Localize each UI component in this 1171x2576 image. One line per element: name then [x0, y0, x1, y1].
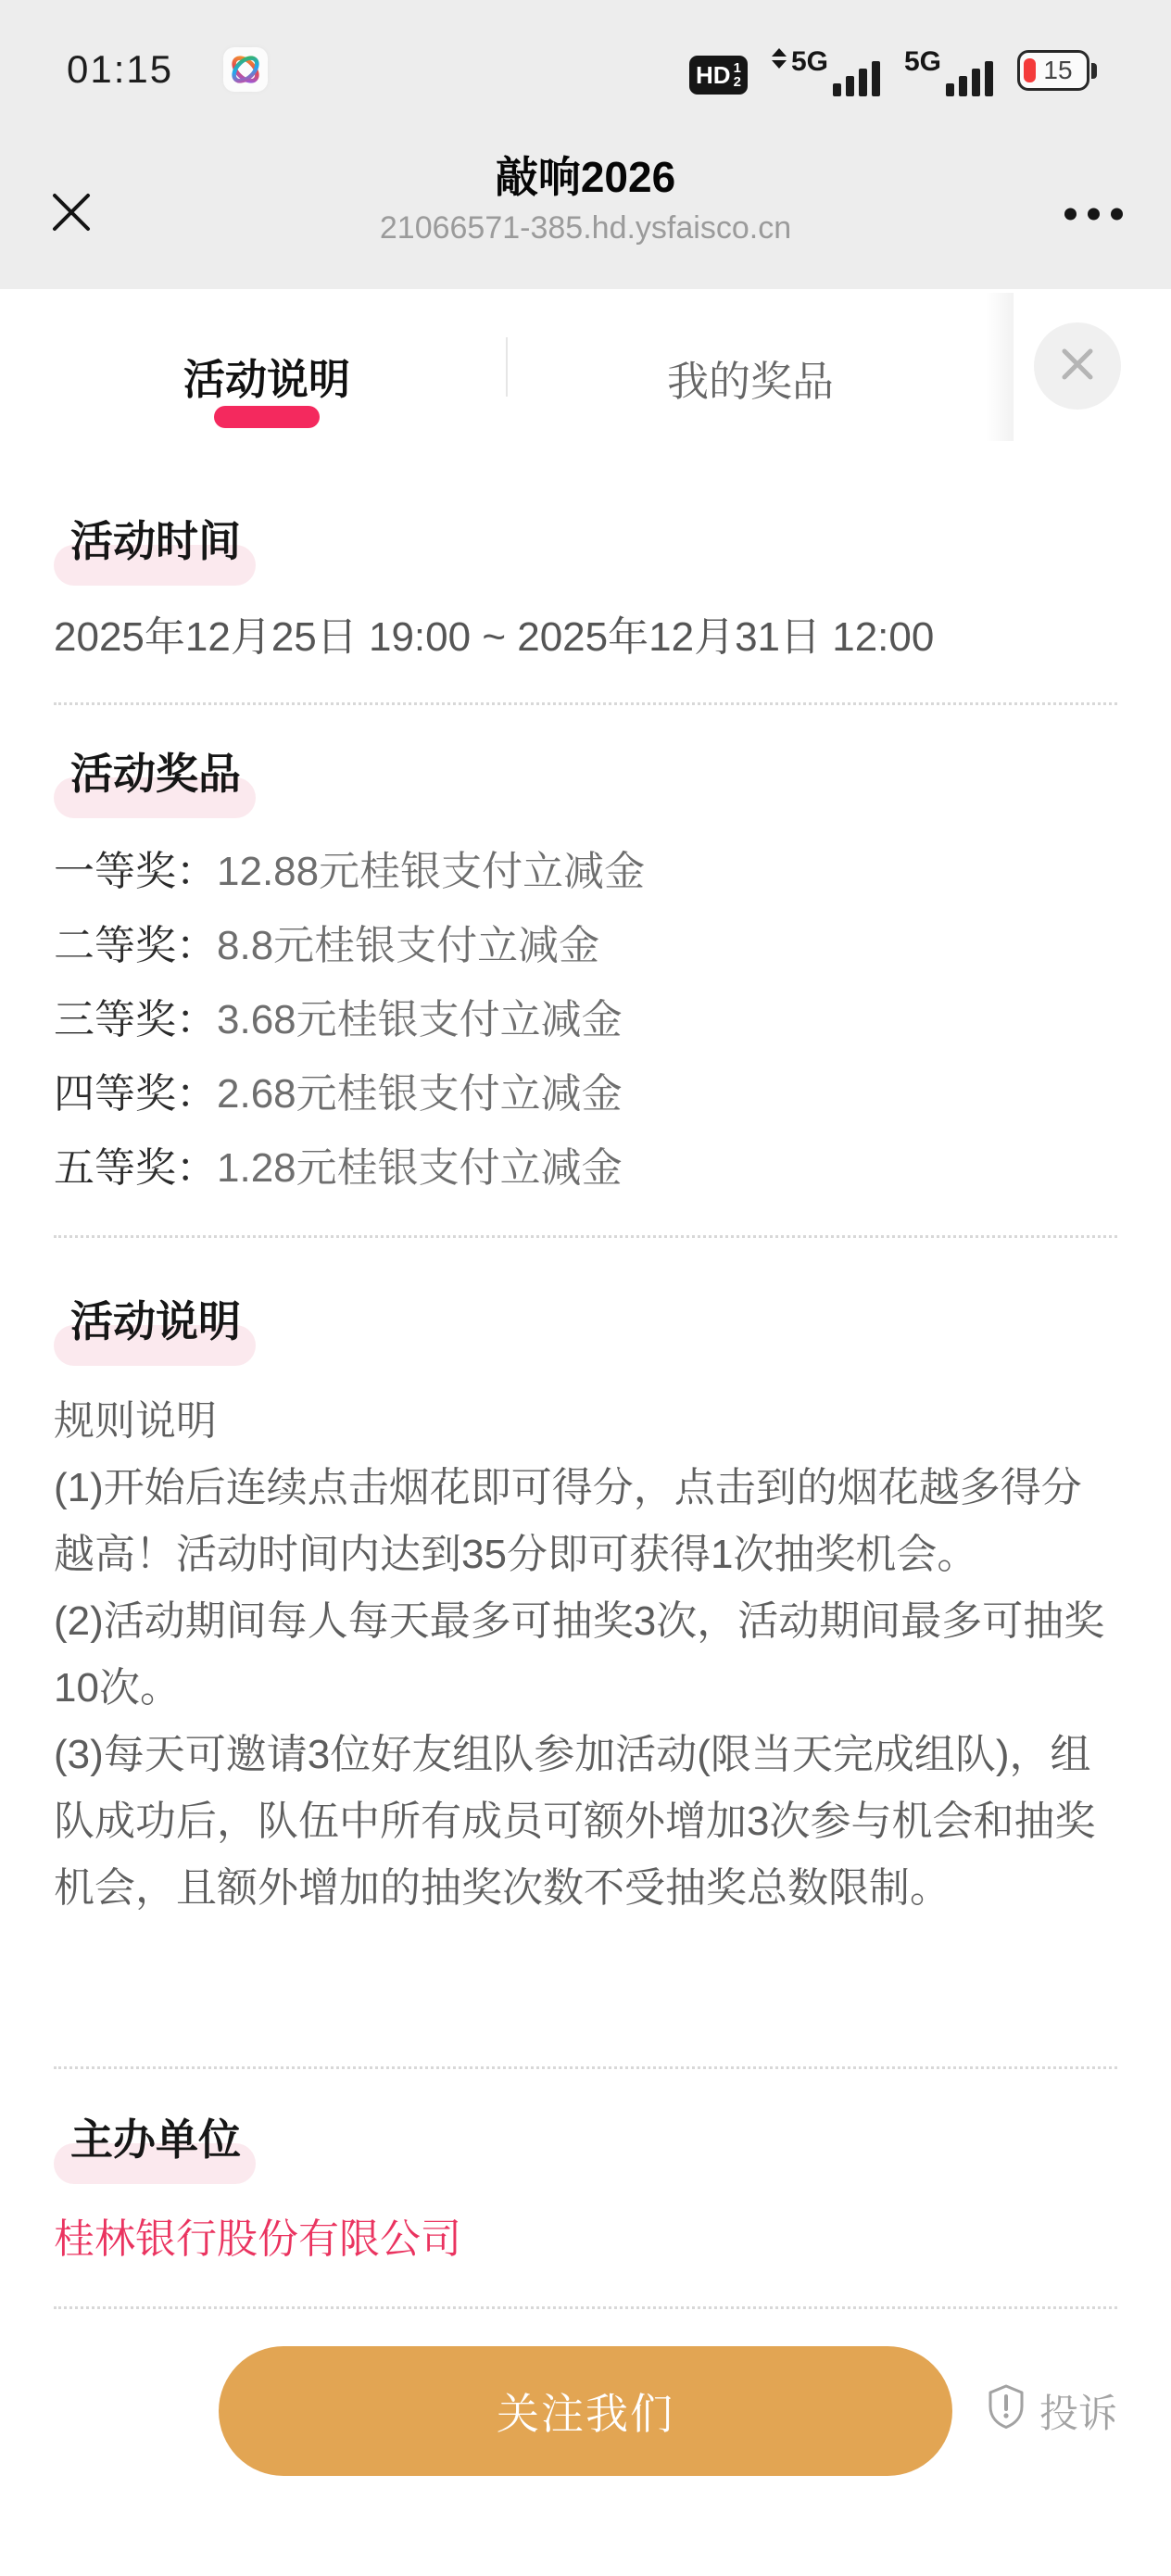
rules-text: 规则说明 (1)开始后连续点击烟花即可得分，点击到的烟花越多得分越高！活动时间内… — [54, 1388, 1117, 2014]
section-heading: 主办单位 — [54, 2114, 248, 2166]
prize-row: 一等奖：12.88元桂银支付立减金 — [54, 850, 1117, 894]
follow-us-button[interactable]: 关注我们 — [219, 2346, 952, 2476]
prize-row: 五等奖：1.28元桂银支付立减金 — [54, 1146, 1117, 1191]
tab-edge-scrim — [986, 293, 1014, 441]
tab-divider — [506, 337, 508, 397]
dotted-divider — [54, 2306, 1117, 2309]
webview-navbar: 敲响2026 21066571-385.hd.ysfaisco.cn — [0, 139, 1171, 289]
complaint-label: 投诉 — [1039, 2383, 1117, 2439]
dotted-divider — [54, 1235, 1117, 1238]
app-logo-icon — [223, 47, 268, 92]
signal-sim1-icon: 5G — [772, 43, 880, 96]
close-icon — [1058, 345, 1097, 388]
rule-paragraph: (1)开始后连续点击烟花即可得分，点击到的烟花越多得分越高！活动时间内达到35分… — [54, 1455, 1117, 1588]
prize-row: 四等奖：2.68元桂银支付立减金 — [54, 1072, 1117, 1117]
rules-subtitle: 规则说明 — [54, 1388, 1117, 1455]
prize-list: 一等奖：12.88元桂银支付立减金 二等奖：8.8元桂银支付立减金 三等奖：3.… — [54, 850, 1117, 1191]
section-activity-time: 活动时间 2025年12月25日 19:00 ~ 2025年12月31日 12:… — [54, 515, 1117, 660]
rule-paragraph: (2)活动期间每人每天最多可抽奖3次，活动期间最多可抽奖10次。 — [54, 1588, 1117, 1722]
volte-hd-icon: HD 1 2 — [689, 56, 748, 95]
section-heading: 活动说明 — [54, 1295, 248, 1347]
battery-low-fill — [1024, 58, 1036, 82]
section-heading: 活动时间 — [54, 515, 248, 567]
signal-sim2-icon: 5G — [904, 43, 993, 96]
complaint-shield-icon — [986, 2383, 1026, 2439]
hd-sim1-label: 1 — [734, 61, 741, 75]
hd-sim2-label: 2 — [734, 75, 741, 89]
tab-bar: 活动说明 我的奖品 — [0, 289, 1171, 447]
prize-row: 二等奖：8.8元桂银支付立减金 — [54, 924, 1117, 968]
network-type-sim1: 5G — [791, 46, 828, 78]
activity-time-range: 2025年12月25日 19:00 ~ 2025年12月31日 12:00 — [54, 615, 1117, 660]
page-title: 敲响2026 — [0, 150, 1171, 204]
data-arrows-icon — [772, 48, 787, 69]
battery-icon: 15 — [1017, 50, 1097, 91]
status-indicators: HD 1 2 5G 5G 15 — [689, 43, 1097, 96]
rule-paragraph: (3)每天可邀请3位好友组队参加活动(限当天完成组队)，组队成功后，队伍中所有成… — [54, 1722, 1117, 1922]
panel-close-button[interactable] — [1034, 322, 1121, 410]
page-url: 21066571-385.hd.ysfaisco.cn — [0, 208, 1171, 248]
more-icon — [1064, 208, 1077, 221]
section-activity-prizes: 活动奖品 一等奖：12.88元桂银支付立减金 二等奖：8.8元桂银支付立减金 三… — [54, 748, 1117, 1191]
activity-description-panel: 活动时间 2025年12月25日 19:00 ~ 2025年12月31日 12:… — [0, 515, 1171, 2476]
battery-percent: 15 — [1034, 56, 1072, 85]
footer: 关注我们 投诉 — [54, 2346, 1117, 2476]
clock-time: 01:15 — [67, 47, 173, 92]
complaint-button[interactable]: 投诉 — [986, 2383, 1117, 2439]
network-type-sim2: 5G — [904, 46, 941, 78]
section-heading: 活动奖品 — [54, 748, 248, 800]
section-organizer: 主办单位 桂林银行股份有限公司 — [54, 2114, 1117, 2262]
dotted-divider — [54, 702, 1117, 705]
tab-my-prizes[interactable]: 我的奖品 — [647, 347, 854, 408]
status-bar: 01:15 HD 1 2 5G — [0, 0, 1171, 139]
dotted-divider — [54, 2066, 1117, 2069]
active-tab-underline — [214, 406, 320, 428]
organizer-link[interactable]: 桂林银行股份有限公司 — [54, 2217, 461, 2262]
section-activity-rules: 活动说明 规则说明 (1)开始后连续点击烟花即可得分，点击到的烟花越多得分越高！… — [54, 1295, 1117, 2014]
more-menu-button[interactable] — [1064, 199, 1123, 230]
tab-activity-description[interactable]: 活动说明 — [172, 346, 361, 406]
prize-row: 三等奖：3.68元桂银支付立减金 — [54, 998, 1117, 1042]
